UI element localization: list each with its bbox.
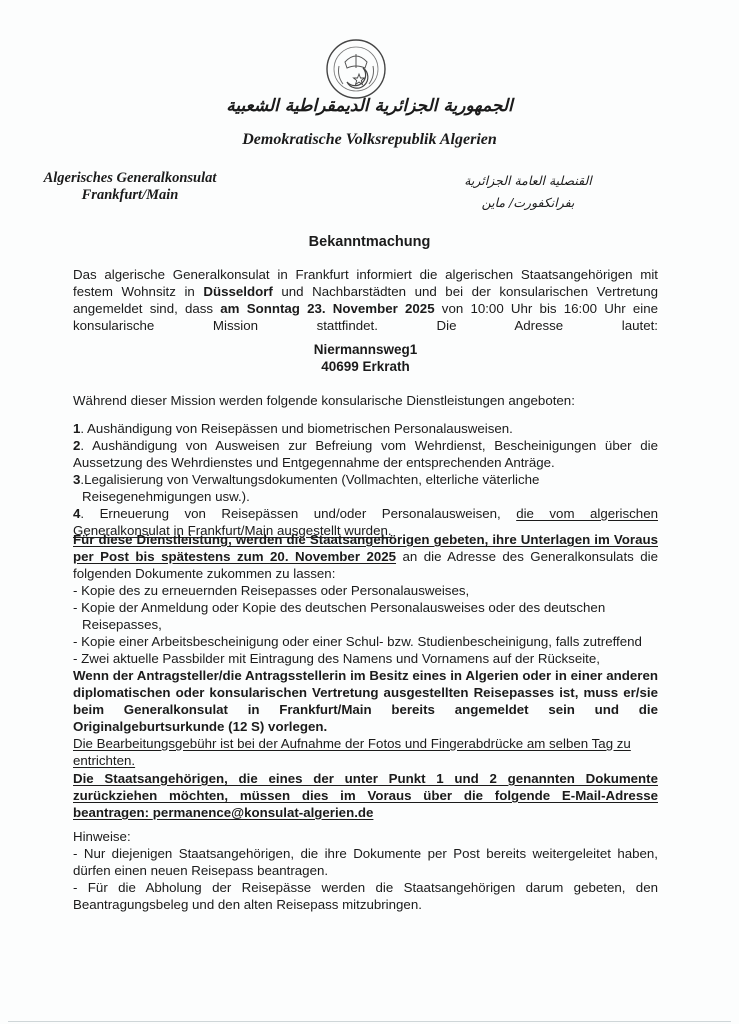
- fee-notice: Die Bearbeitungsgebühr ist bei der Aufna…: [73, 735, 658, 769]
- consulate-name-arabic: القنصلية العامة الجزائرية بفرانكفورت/ ما…: [448, 170, 608, 214]
- document-item: - Kopie einer Arbeitsbescheinigung oder …: [73, 633, 658, 650]
- address-street: Niermannsweg1: [73, 341, 658, 358]
- services-list: 1. Aushändigung von Reisepässen und biom…: [73, 420, 658, 539]
- registration-notice: Wenn der Antragsteller/die Antragsstelle…: [73, 667, 658, 735]
- document-item: - Kopie der Anmeldung oder Kopie des deu…: [73, 599, 658, 616]
- algeria-state-emblem-icon: [325, 38, 387, 100]
- service-item: 1. Aushändigung von Reisepässen und biom…: [73, 420, 658, 437]
- renewal-paragraph: Für diese Dienstleistung, werden die Sta…: [73, 531, 658, 582]
- services-intro: Während dieser Mission werden folgende k…: [73, 392, 658, 409]
- consulate-name-german: Algerisches Generalkonsulat Frankfurt/Ma…: [40, 170, 220, 204]
- document-item: - Kopie des zu erneuernden Reisepasses o…: [73, 582, 658, 599]
- service-item: 3.Legalisierung von Verwaltungsdokumente…: [73, 471, 658, 505]
- address-city: 40699 Erkrath: [73, 358, 658, 375]
- german-state-name: Demokratische Volksrepublik Algerien: [0, 131, 739, 149]
- document-title: Bekanntmachung: [0, 234, 739, 250]
- mission-address: Niermannsweg1 40699 Erkrath: [73, 341, 658, 375]
- contact-email-link[interactable]: permanence@konsulat-algerien.de: [153, 805, 374, 820]
- service-item: 2. Aushändigung von Ausweisen zur Befrei…: [73, 437, 658, 471]
- city-name: Düsseldorf: [203, 284, 272, 299]
- withdrawal-notice: Die Staatsangehörigen, die eines der unt…: [73, 770, 658, 821]
- document-page: الجمهورية الجزائرية الديمقراطية الشعبية …: [0, 0, 739, 1024]
- required-documents-list: - Kopie des zu erneuernden Reisepasses o…: [73, 582, 658, 667]
- intro-paragraph: Das algerische Generalkonsulat in Frankf…: [73, 266, 658, 334]
- arabic-state-name: الجمهورية الجزائرية الديمقراطية الشعبية: [0, 96, 739, 116]
- note-item: - Für die Abholung der Reisepässe werden…: [73, 879, 658, 913]
- document-item: Reisepasses,: [73, 616, 658, 633]
- note-item: - Nur diejenigen Staatsangehörigen, die …: [73, 845, 658, 879]
- page-bottom-edge: [8, 1021, 731, 1022]
- mission-date: am Sonntag 23. November 2025: [220, 301, 434, 316]
- notes-section: Hinweise: - Nur diejenigen Staatsangehör…: [73, 828, 658, 913]
- notes-title: Hinweise:: [73, 828, 658, 845]
- document-item: - Zwei aktuelle Passbilder mit Eintragun…: [73, 650, 658, 667]
